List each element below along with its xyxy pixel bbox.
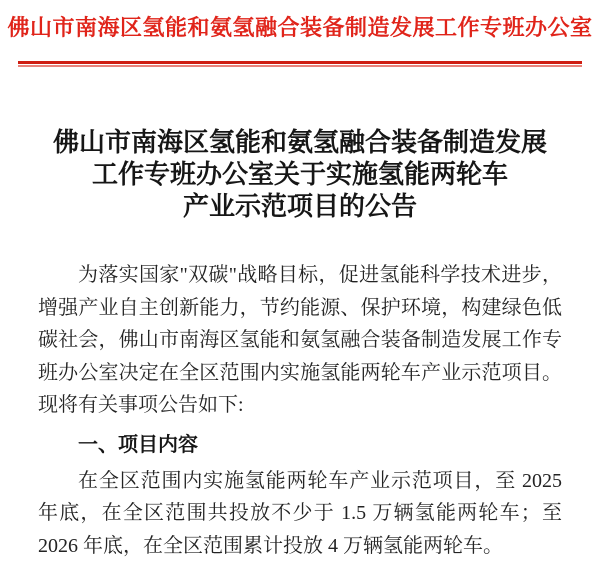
announcement-document: 佛山市南海区氢能和氨氢融合装备制造发展工作专班办公室 佛山市南海区氢能和氨氢融合… [0, 0, 600, 568]
red-divider-thick-line [18, 61, 582, 64]
document-title-line-1: 佛山市南海区氢能和氨氢融合装备制造发展 [28, 127, 572, 159]
document-title-line-3: 产业示范项目的公告 [28, 191, 572, 223]
document-title: 佛山市南海区氢能和氨氢融合装备制造发展 工作专班办公室关于实施氢能两轮车 产业示… [28, 127, 572, 223]
red-divider [18, 61, 582, 67]
red-divider-thin-line [18, 65, 582, 67]
section-heading-project-content: 一、项目内容 [38, 429, 562, 462]
masthead: 佛山市南海区氢能和氨氢融合装备制造发展工作专班办公室 [0, 0, 600, 67]
document-title-line-2: 工作专班办公室关于实施氢能两轮车 [28, 159, 572, 191]
paragraph-project-content: 在全区范围内实施氢能两轮车产业示范项目，至 2025 年底，在全区范围共投放不少… [38, 465, 562, 563]
masthead-title: 佛山市南海区氢能和氨氢融合装备制造发展工作专班办公室 [0, 0, 600, 45]
paragraph-intro: 为落实国家"双碳"战略目标，促进氢能科学技术进步，增强产业自主创新能力，节约能源… [38, 259, 562, 422]
